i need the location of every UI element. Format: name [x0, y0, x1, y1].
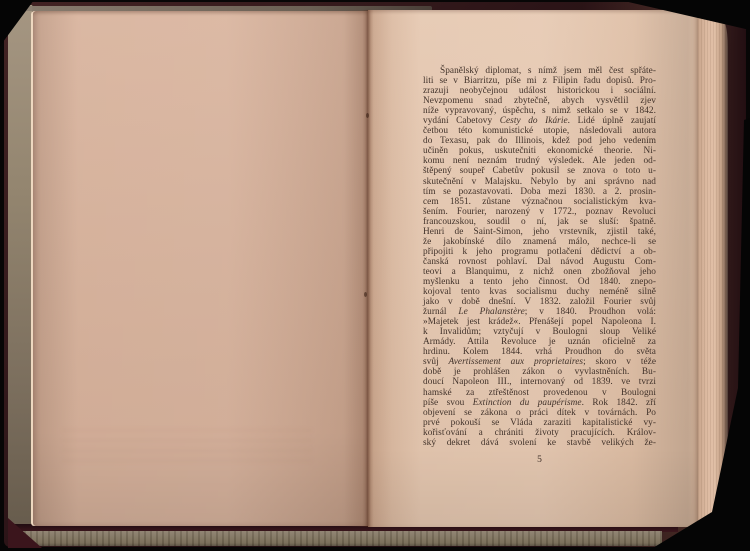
text-line: že jakobínské dílo znamená málo, nechce-… [423, 237, 656, 247]
fore-edge-page-stack [698, 13, 728, 522]
text-line: kojoval tento kvas socialismu duchy nemé… [423, 287, 656, 297]
text-line: objevení se zákona o práci dítek v továr… [423, 408, 656, 418]
text-line: štěpený soupeř Cabetův pokusil se znova … [423, 166, 656, 176]
text-line: teovi a Blanquimu, z nichž onen zbožňova… [423, 267, 656, 277]
text-line: myšlenku a tento jeho činnost. Od 1840. … [423, 277, 656, 287]
text-line: níže vypravovaný, úspěchu, s nimž setkal… [423, 106, 656, 116]
text-line: liti se v Biarritzu, píše mi z Filipin ř… [423, 76, 656, 86]
text-line: době je prohlášen zákon o vyvlastněních.… [423, 367, 656, 377]
text-line: skutečnění v Malajsku. Nebylo by ani spr… [423, 177, 656, 187]
cover-left-bevel-edge [8, 5, 33, 542]
text-line: francouzskou, soudil o ní, jak se sluší:… [423, 217, 656, 227]
text-line: šením. Fourier, narozený v 1772., poznav… [423, 207, 656, 217]
text-line: doucí Napoleon III., internovaný od 1839… [423, 377, 656, 387]
gutter-crease-line [367, 10, 369, 527]
text-line: tím se pozastavovati. Doba mezi 1830. a … [423, 187, 656, 197]
text-line: čanská rovnost pohlaví. Dal návod August… [423, 257, 656, 267]
text-line: k Invalidům; vztyčují v Boulogni sloup V… [423, 327, 656, 337]
bottom-page-edges [12, 531, 662, 546]
text-line: cem 1851. zůstane význačnou socialistick… [423, 197, 656, 207]
text-line: svůj Avertissement aux proprietaires; sk… [423, 357, 656, 367]
ink-show-through [62, 424, 312, 462]
text-line: Španělský diplomat, s nímž jsem měl čest… [423, 66, 656, 76]
text-line: Nevzpomenu snad zbytečně, abych vysvětli… [423, 96, 656, 106]
text-line: četbou této komunistické utopie, následo… [423, 126, 656, 136]
body-text-block: Španělský diplomat, s nímž jsem měl čest… [423, 66, 656, 448]
text-line: připojiti k jeho programu potlačení dědi… [423, 247, 656, 257]
text-line: prvé pokouší se Vláda zaraziti kapitalis… [423, 418, 656, 428]
text-line: »Majetek jest krádež«. Přenášejí popel N… [423, 317, 656, 327]
text-line: Henri de Saint-Simon, jeho vrstevník, zj… [423, 227, 656, 237]
text-line: píše svou Extinction du paupérisme. Rok … [423, 398, 656, 408]
text-line: hrdinu. Kolem 1844. vrhá Proudhon do svě… [423, 347, 656, 357]
text-line: Armády. Attila Revoluce je uznán oficiel… [423, 337, 656, 347]
text-line: zrazuji neobyčejnou událost historickou … [423, 86, 656, 96]
text-line: žurnál Le Phalanstère; v 1840. Proudhon … [423, 307, 656, 317]
text-line: vydání Cabetovy Cesty do Ikárie. Lidé úp… [423, 116, 656, 126]
text-line: ský dekret dává svolení ke stavbě veliký… [423, 438, 656, 448]
open-book-photo: Španělský diplomat, s nímž jsem měl čest… [0, 0, 750, 551]
gutter-speck [364, 292, 367, 297]
text-line: hamské za ztřeštěnost provedenou v Boulo… [423, 388, 656, 398]
text-line: do Texasu, pak do Illinois, kdež pod jeh… [423, 136, 656, 146]
gutter-speck [366, 113, 369, 118]
text-line: učiněn pokus, uskutečniti ekonomické the… [423, 146, 656, 156]
text-line: kořisťování a chrániti životy pracujícíc… [423, 428, 656, 438]
text-line: komu není neznám trudný výsledek. Ale je… [423, 156, 656, 166]
text-line: jako v době dnešní. V 1832. založil Four… [423, 297, 656, 307]
page-number: 5 [423, 455, 656, 465]
